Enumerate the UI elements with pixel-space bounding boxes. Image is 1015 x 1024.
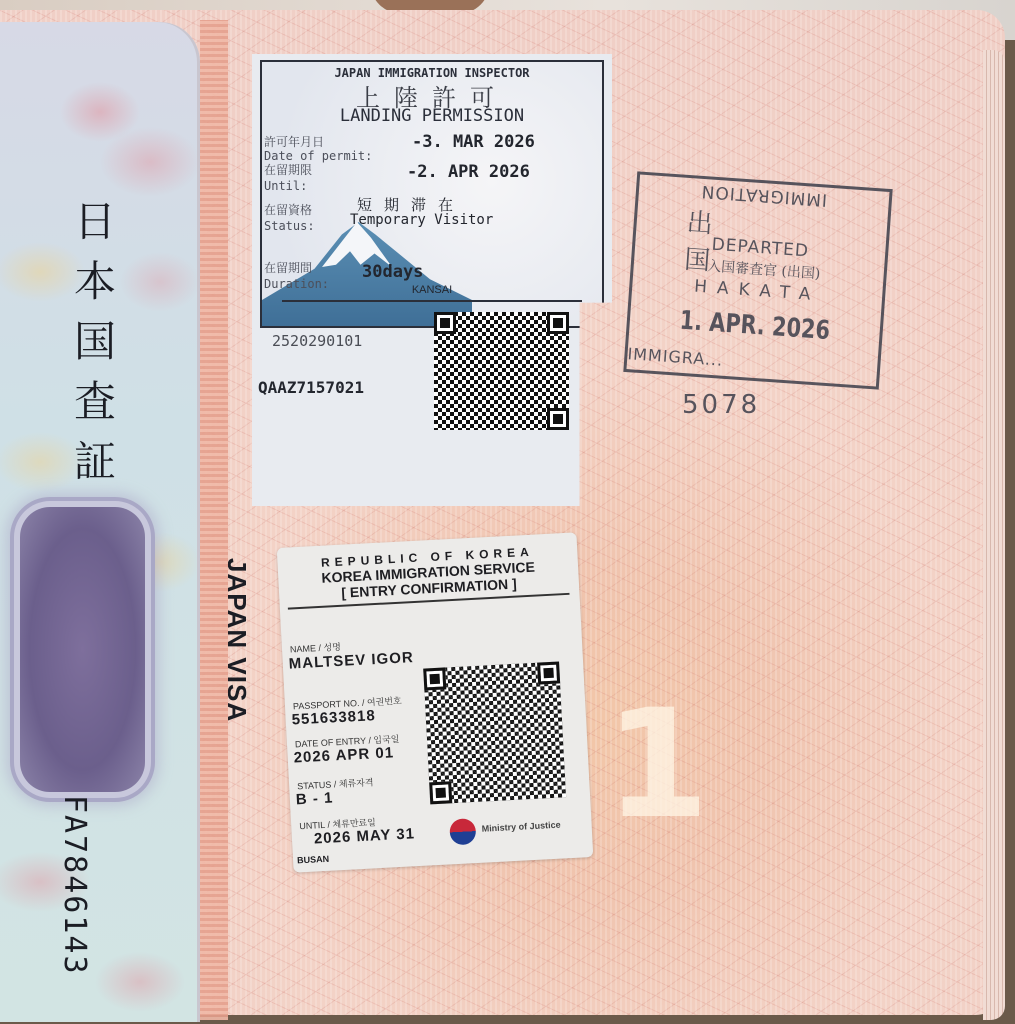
issuer: Ministry of Justice	[481, 820, 560, 834]
qr-code	[423, 661, 566, 804]
page-number: 1	[605, 695, 665, 835]
ministry-logo-icon	[449, 818, 476, 845]
port-of-entry: BUSAN	[297, 854, 329, 866]
qr-code	[434, 312, 569, 430]
passport-number: 551633818	[291, 707, 376, 728]
until-date: -2. APR 2026	[407, 162, 530, 182]
qr-finder	[429, 781, 452, 804]
visa-number-wrap: FA7846143	[92, 795, 273, 830]
qr-finder	[423, 667, 446, 690]
qr-finder	[434, 312, 456, 334]
japan-visa-sticker: 日本国査証	[0, 22, 200, 1022]
landing-permission-footer: 2520290101 QAAZ7157021	[252, 304, 580, 504]
page-binding	[200, 20, 228, 1020]
label-status-en: Status:	[264, 220, 315, 233]
korea-entry-sticker: REPUBLIC OF KOREA KOREA IMMIGRATION SERV…	[277, 532, 594, 872]
qr-finder	[537, 661, 560, 684]
serial-number: 2520290101	[272, 332, 362, 350]
label-duration-jp: 在留期間	[264, 262, 312, 275]
qr-finder	[547, 408, 569, 430]
page-edges	[983, 50, 1005, 1020]
label-date-permit-en: Date of permit:	[264, 150, 372, 163]
date-of-permit: -3. MAR 2026	[412, 132, 535, 152]
qr-finder	[547, 312, 569, 334]
visa-hologram	[20, 507, 145, 792]
departure-stamp: IMMIGRATION 出 国 DEPARTED 入国審査官 (出国) HAKA…	[623, 171, 892, 389]
status-en: Temporary Visitor	[350, 212, 493, 228]
visa-number: FA7846143	[57, 795, 92, 976]
label-until-en: Until:	[264, 180, 307, 193]
landing-permission-panel: JAPAN IMMIGRATION INSPECTOR 上陸許可 LANDING…	[260, 60, 604, 328]
label-date-permit-jp: 許可年月日	[264, 136, 324, 149]
stamp-bottom-text: IMMIGRA...	[627, 344, 828, 377]
visa-title-jp: 日本国査証	[65, 192, 125, 492]
visa-status: B - 1	[295, 789, 333, 808]
duration: 30days	[362, 262, 423, 282]
label-duration-en: Duration:	[264, 278, 329, 291]
label-status-jp: 在留資格	[264, 204, 312, 217]
label-until-jp: 在留期限	[264, 164, 312, 177]
landing-permission-sticker: JAPAN IMMIGRATION INSPECTOR 上陸許可 LANDING…	[252, 54, 612, 506]
port-of-entry: KANSAI	[392, 284, 472, 296]
officer-number: 5078	[682, 390, 760, 420]
stamp-date: 1. APR. 2026	[654, 304, 856, 348]
landing-title-en: LANDING PERMISSION	[262, 106, 602, 126]
permit-code: QAAZ7157021	[258, 378, 364, 397]
divider	[282, 300, 582, 302]
